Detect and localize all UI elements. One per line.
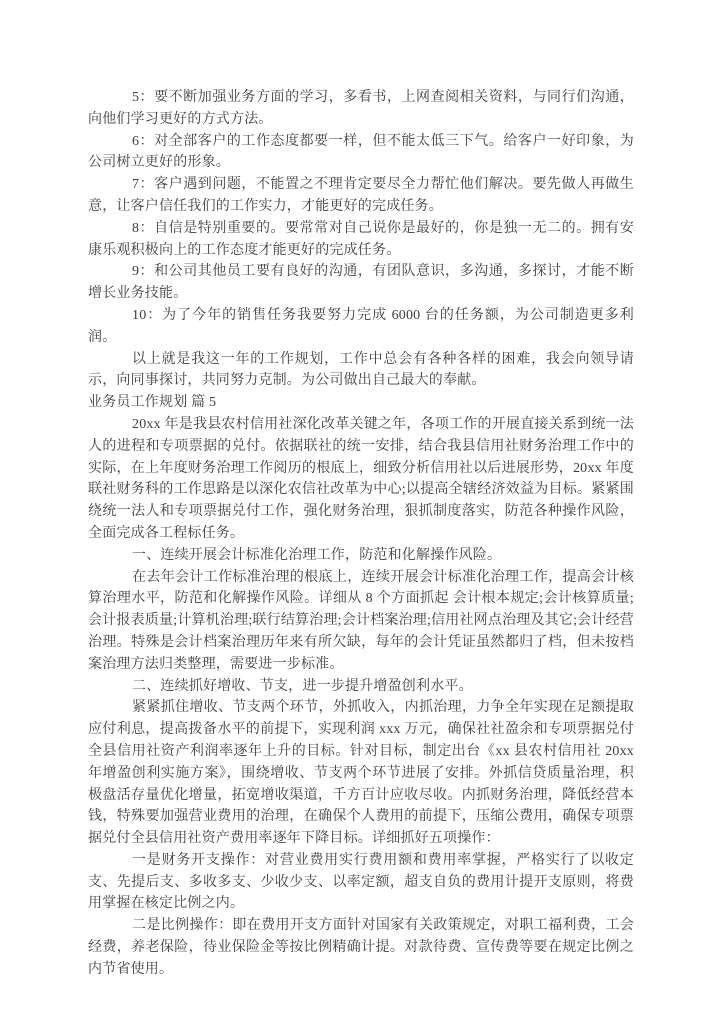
paragraph: 一、连续开展会计标准化治理工作，防范和化解操作风险。	[88, 545, 634, 567]
paragraph: 一是财务开支操作：对营业费用实行费用额和费用率掌握，严格实行了以收定支、先提后支…	[88, 850, 634, 915]
section-heading: 业务员工作规划 篇 5	[88, 392, 634, 414]
paragraph: 8：自信是特别重要的。要常常对自己说你是最好的，你是独一无二的。拥有安康乐观积极…	[88, 218, 634, 262]
paragraph: 7：客户遇到问题，不能置之不理肯定要尽全力帮忙他们解决。要先做人再做生意，让客户…	[88, 174, 634, 218]
paragraph: 9：和公司其他员工要有良好的沟通，有团队意识，多沟通，多探讨，才能不断增长业务技…	[88, 261, 634, 305]
paragraph: 紧紧抓住增收、节支两个环节，外抓收入，内抓治理，力争全年实现在足额提取应付利息，…	[88, 697, 634, 850]
paragraph: 以上就是我这一年的工作规划，工作中总会有各种各样的困难，我会向领导请示，向同事探…	[88, 349, 634, 393]
paragraph: 在去年会计工作标准治理的根底上，连续开展会计标准化治理工作，提高会计核算治理水平…	[88, 567, 634, 676]
paragraph: 10：为了今年的销售任务我要努力完成 6000 台的任务额，为公司制造更多利润。	[88, 305, 634, 349]
document-page: 5：要不断加强业务方面的学习，多看书，上网查阅相关资料，与同行们沟通，向他们学习…	[0, 0, 720, 1018]
paragraph: 5：要不断加强业务方面的学习，多看书，上网查阅相关资料，与同行们沟通，向他们学习…	[88, 87, 634, 131]
paragraph: 20xx 年是我县农村信用社深化改革关键之年，各项工作的开展直接关系到统一法人的…	[88, 414, 634, 545]
paragraph: 二、连续抓好增收、节支，进一步提升增盈创利水平。	[88, 676, 634, 698]
paragraph: 二是比例操作：即在费用开支方面针对国家有关政策规定，对职工福利费，工会经费，养老…	[88, 915, 634, 980]
document-body: 5：要不断加强业务方面的学习，多看书，上网查阅相关资料，与同行们沟通，向他们学习…	[88, 87, 634, 981]
paragraph: 6：对全部客户的工作态度都要一样，但不能太低三下气。给客户一好印象，为公司树立更…	[88, 131, 634, 175]
